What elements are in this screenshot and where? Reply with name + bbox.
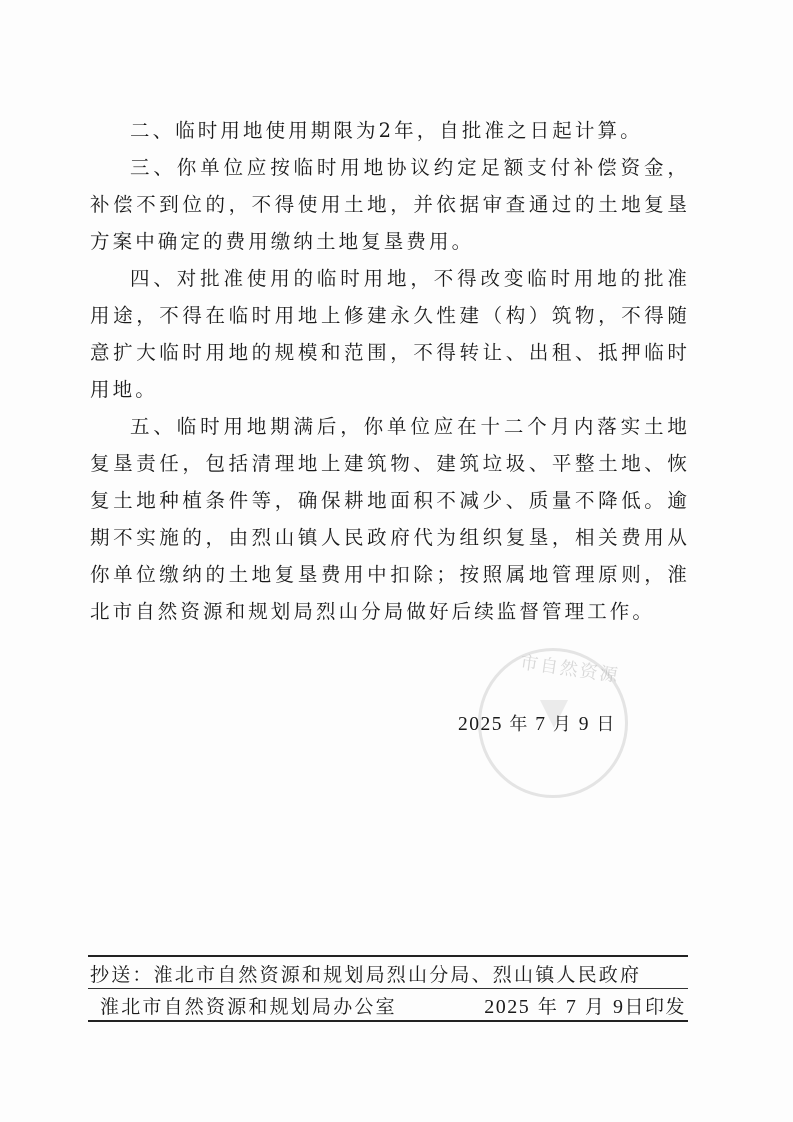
clause-2: 二、临时用地使用期限为2年，自批准之日起计算。 [90, 112, 690, 149]
signature-month: 7 [535, 714, 546, 735]
issuer: 淮北市自然资源和规划局办公室 [100, 996, 397, 1018]
document-page: 二、临时用地使用期限为2年，自批准之日起计算。 三、你单位应按临时用地协议约定足… [0, 0, 793, 1122]
clause-3: 三、你单位应按临时用地协议约定足额支付补偿资金，补偿不到位的，不得使用土地，并依… [90, 149, 690, 260]
document-body: 二、临时用地使用期限为2年，自批准之日起计算。 三、你单位应按临时用地协议约定足… [90, 112, 690, 630]
signature-year: 2025 [458, 714, 503, 735]
issue-date: 2025 年 7 月 9日印发 [484, 992, 686, 1019]
cc-line: 抄送：淮北市自然资源和规划局烈山分局、烈山镇人民政府 [90, 960, 686, 987]
cc-recipients: 淮北市自然资源和规划局烈山分局、烈山镇人民政府 [154, 964, 642, 986]
signature-date: 2025 年 7 月 9 日 [458, 710, 616, 736]
issue-line: 淮北市自然资源和规划局办公室 2025 年 7 月 9日印发 [100, 992, 686, 1019]
footer-top-rule [88, 955, 688, 957]
cc-label: 抄送： [90, 964, 154, 986]
clause-4: 四、对批准使用的临时用地，不得改变临时用地的批准用途，不得在临时用地上修建永久性… [90, 260, 690, 408]
footer-bottom-rule [88, 1020, 688, 1022]
footer-middle-rule [88, 988, 688, 989]
clause-5: 五、临时用地期满后，你单位应在十二个月内落实土地复垦责任，包括清理地上建筑物、建… [90, 408, 690, 630]
signature-day: 9 [579, 714, 590, 735]
